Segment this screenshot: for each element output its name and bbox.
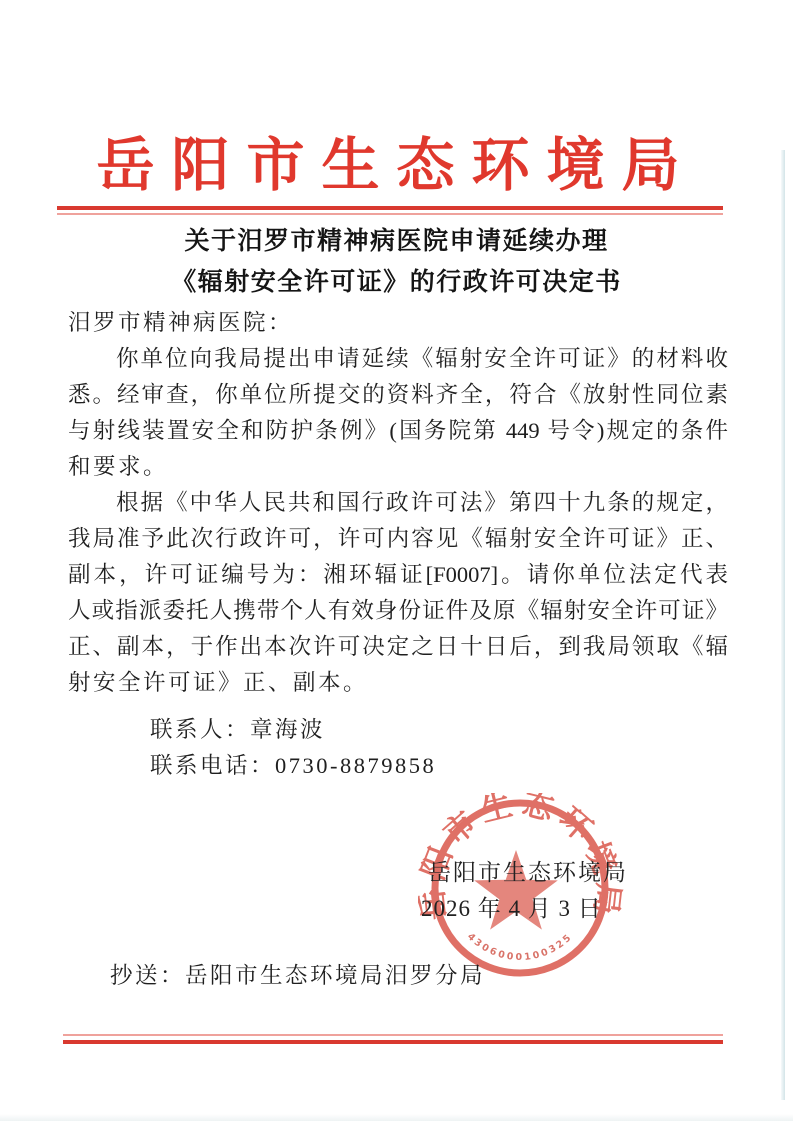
body-line: 你单位向我局提出申请延续《辐射安全许可证》的材料收 (68, 342, 728, 378)
header-rule-thin (57, 213, 723, 215)
body-line: 副本，许可证编号为：湘环辐证[F0007]。请你单位法定代表 (68, 558, 728, 594)
contact-person-row: 联系人：章海波 (150, 712, 436, 748)
contact-phone-row: 联系电话：0730-8879858 (150, 748, 436, 784)
contact-person-name: 章海波 (250, 717, 325, 742)
body-line: 根据《中华人民共和国行政许可法》第四十九条的规定， (68, 486, 728, 522)
recipient-line: 汨罗市精神病医院： (68, 308, 728, 338)
contact-person-label: 联系人： (150, 717, 250, 742)
footer-rule-thick (63, 1040, 723, 1044)
body-line: 人或指派委托人携带个人有效身份证件及原《辐射安全许可证》 (68, 594, 728, 630)
body-line: 正、副本，于作出本次许可决定之日十日后，到我局领取《辐 (68, 630, 728, 666)
contact-phone-label: 联系电话： (150, 753, 275, 778)
contact-phone-number: 0730-8879858 (275, 753, 436, 778)
document-title-line2: 《辐射安全许可证》的行政许可决定书 (0, 262, 793, 303)
footer-rule-thin (63, 1034, 723, 1036)
header-rule-thick (57, 206, 723, 210)
signature-date: 2026 年 4 月 3 日 (421, 890, 602, 923)
body-line: 和要求。 (68, 450, 728, 486)
contact-block: 联系人：章海波 联系电话：0730-8879858 (150, 712, 436, 784)
agency-letterhead: 岳阳市生态环境局 (0, 118, 793, 202)
document-title: 关于汨罗市精神病医院申请延续办理 《辐射安全许可证》的行政许可决定书 (0, 221, 793, 303)
body-line: 我局准予此次行政许可，许可内容见《辐射安全许可证》正、 (68, 522, 728, 558)
body-line: 悉。经审查，你单位所提交的资料齐全，符合《放射性同位素 (68, 378, 728, 414)
scan-edge-bottom (0, 1114, 793, 1121)
body-line: 与射线装置安全和防护条例》(国务院第 449 号令)规定的条件 (68, 414, 728, 450)
document-title-line1: 关于汨罗市精神病医院申请延续办理 (0, 221, 793, 262)
document-page: 岳阳市生态环境局 关于汨罗市精神病医院申请延续办理 《辐射安全许可证》的行政许可… (0, 0, 793, 1121)
cc-line: 抄送：岳阳市生态环境局汨罗分局 (110, 958, 485, 990)
body-text: 你单位向我局提出申请延续《辐射安全许可证》的材料收悉。经审查，你单位所提交的资料… (68, 342, 728, 702)
signature-agency: 岳阳市生态环境局 (428, 854, 628, 887)
body-line: 射安全许可证》正、副本。 (68, 666, 728, 702)
